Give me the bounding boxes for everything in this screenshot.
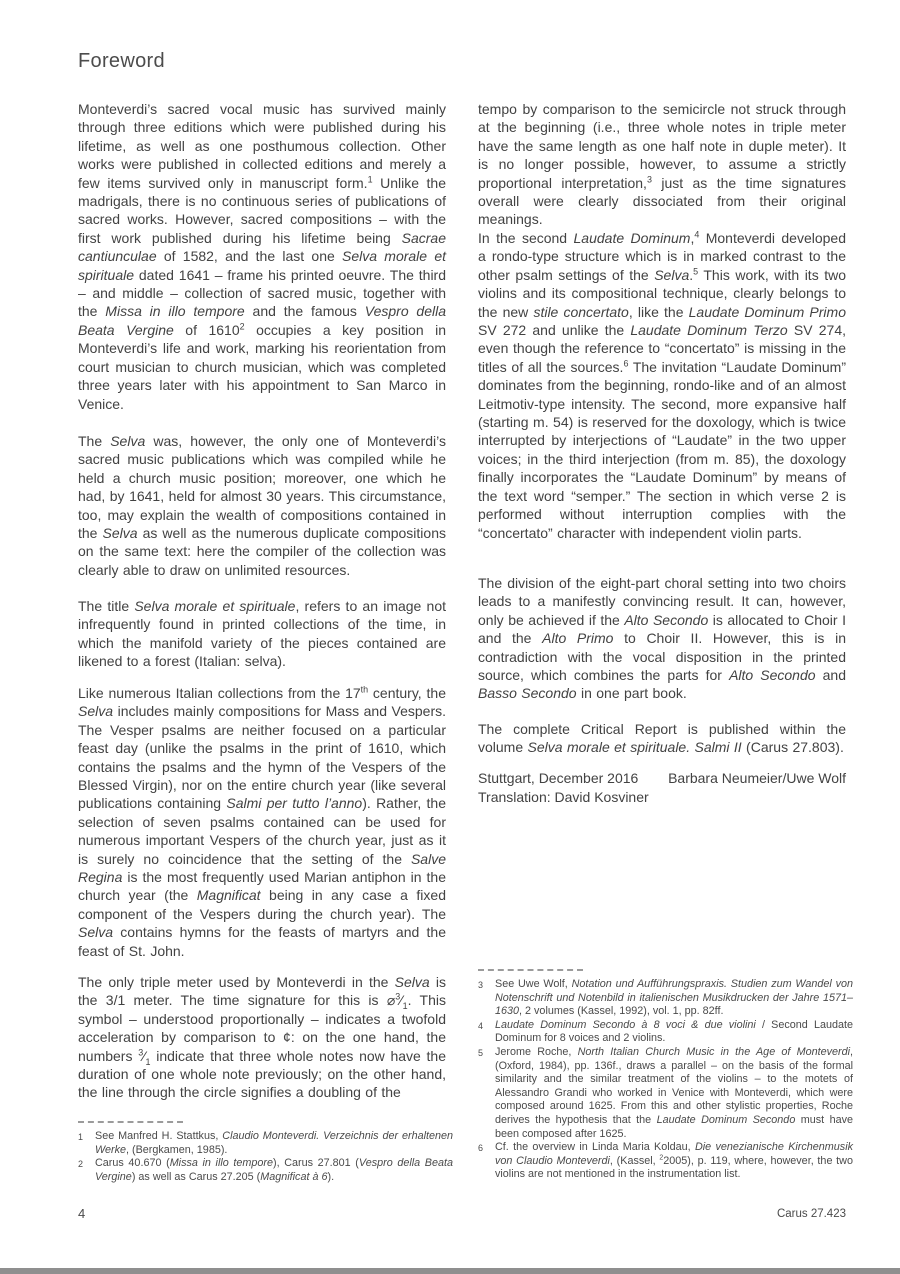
footnote-number: 5 — [478, 1046, 495, 1141]
signature-row: Stuttgart, December 2016 Barbara Neumeie… — [478, 769, 846, 787]
footnote-number: 1 — [78, 1130, 95, 1157]
footnote-text: Jerome Roche, North Italian Church Music… — [495, 1046, 853, 1141]
footnote-number: 2 — [78, 1157, 95, 1184]
footnote-text: See Manfred H. Stattkus, Claudio Monteve… — [95, 1130, 453, 1157]
signature-translation: Translation: David Kosviner — [478, 788, 846, 806]
footnote: 4 Laudate Dominum Secondo à 8 voci & due… — [478, 1019, 853, 1046]
footnote-text: Cf. the overview in Linda Maria Koldau, … — [495, 1141, 853, 1182]
paragraph: In the second Laudate Dominum,4 Montever… — [478, 229, 846, 542]
document-page: Foreword Monteverdi’s sacred vocal music… — [0, 0, 900, 1274]
paragraph: tempo by comparison to the semicircle no… — [478, 100, 846, 229]
footnote-number: 4 — [478, 1019, 495, 1046]
signature-place-date: Stuttgart, December 2016 — [478, 769, 638, 787]
paragraph: The title Selva morale et spirituale, re… — [78, 597, 446, 671]
page-title: Foreword — [78, 50, 165, 73]
footnote: 1 See Manfred H. Stattkus, Claudio Monte… — [78, 1130, 453, 1157]
footnote-text: Carus 40.670 (Missa in illo tempore), Ca… — [95, 1157, 453, 1184]
footnotes-left: 1 See Manfred H. Stattkus, Claudio Monte… — [78, 1121, 453, 1184]
footnotes-right: 3 See Uwe Wolf, Notation und Aufführungs… — [478, 969, 853, 1182]
page-number: 4 — [78, 1206, 85, 1221]
footnote: 3 See Uwe Wolf, Notation und Aufführungs… — [478, 978, 853, 1019]
paragraph: The only triple meter used by Monteverdi… — [78, 973, 446, 1102]
paragraph: Like numerous Italian collections from t… — [78, 684, 446, 960]
footnote-separator — [78, 1121, 183, 1123]
footnote-text: Laudate Dominum Secondo à 8 voci & due v… — [495, 1019, 853, 1046]
footnote: 2 Carus 40.670 (Missa in illo tempore), … — [78, 1157, 453, 1184]
signature-authors: Barbara Neumeier/Uwe Wolf — [668, 769, 846, 787]
footnote: 5 Jerome Roche, North Italian Church Mus… — [478, 1046, 853, 1141]
bottom-bar — [0, 1268, 900, 1274]
footnote: 6 Cf. the overview in Linda Maria Koldau… — [478, 1141, 853, 1182]
paragraph: The division of the eight-part choral se… — [478, 574, 846, 703]
paragraph: Monteverdi’s sacred vocal music has surv… — [78, 100, 446, 413]
footnote-number: 3 — [478, 978, 495, 1019]
footnote-separator — [478, 969, 583, 971]
paragraph: The Selva was, however, the only one of … — [78, 432, 446, 579]
footnote-text: See Uwe Wolf, Notation und Aufführungspr… — [495, 978, 853, 1019]
paragraph: The complete Critical Report is publishe… — [478, 720, 846, 757]
footnote-number: 6 — [478, 1141, 495, 1182]
catalog-number: Carus 27.423 — [478, 1208, 846, 1220]
